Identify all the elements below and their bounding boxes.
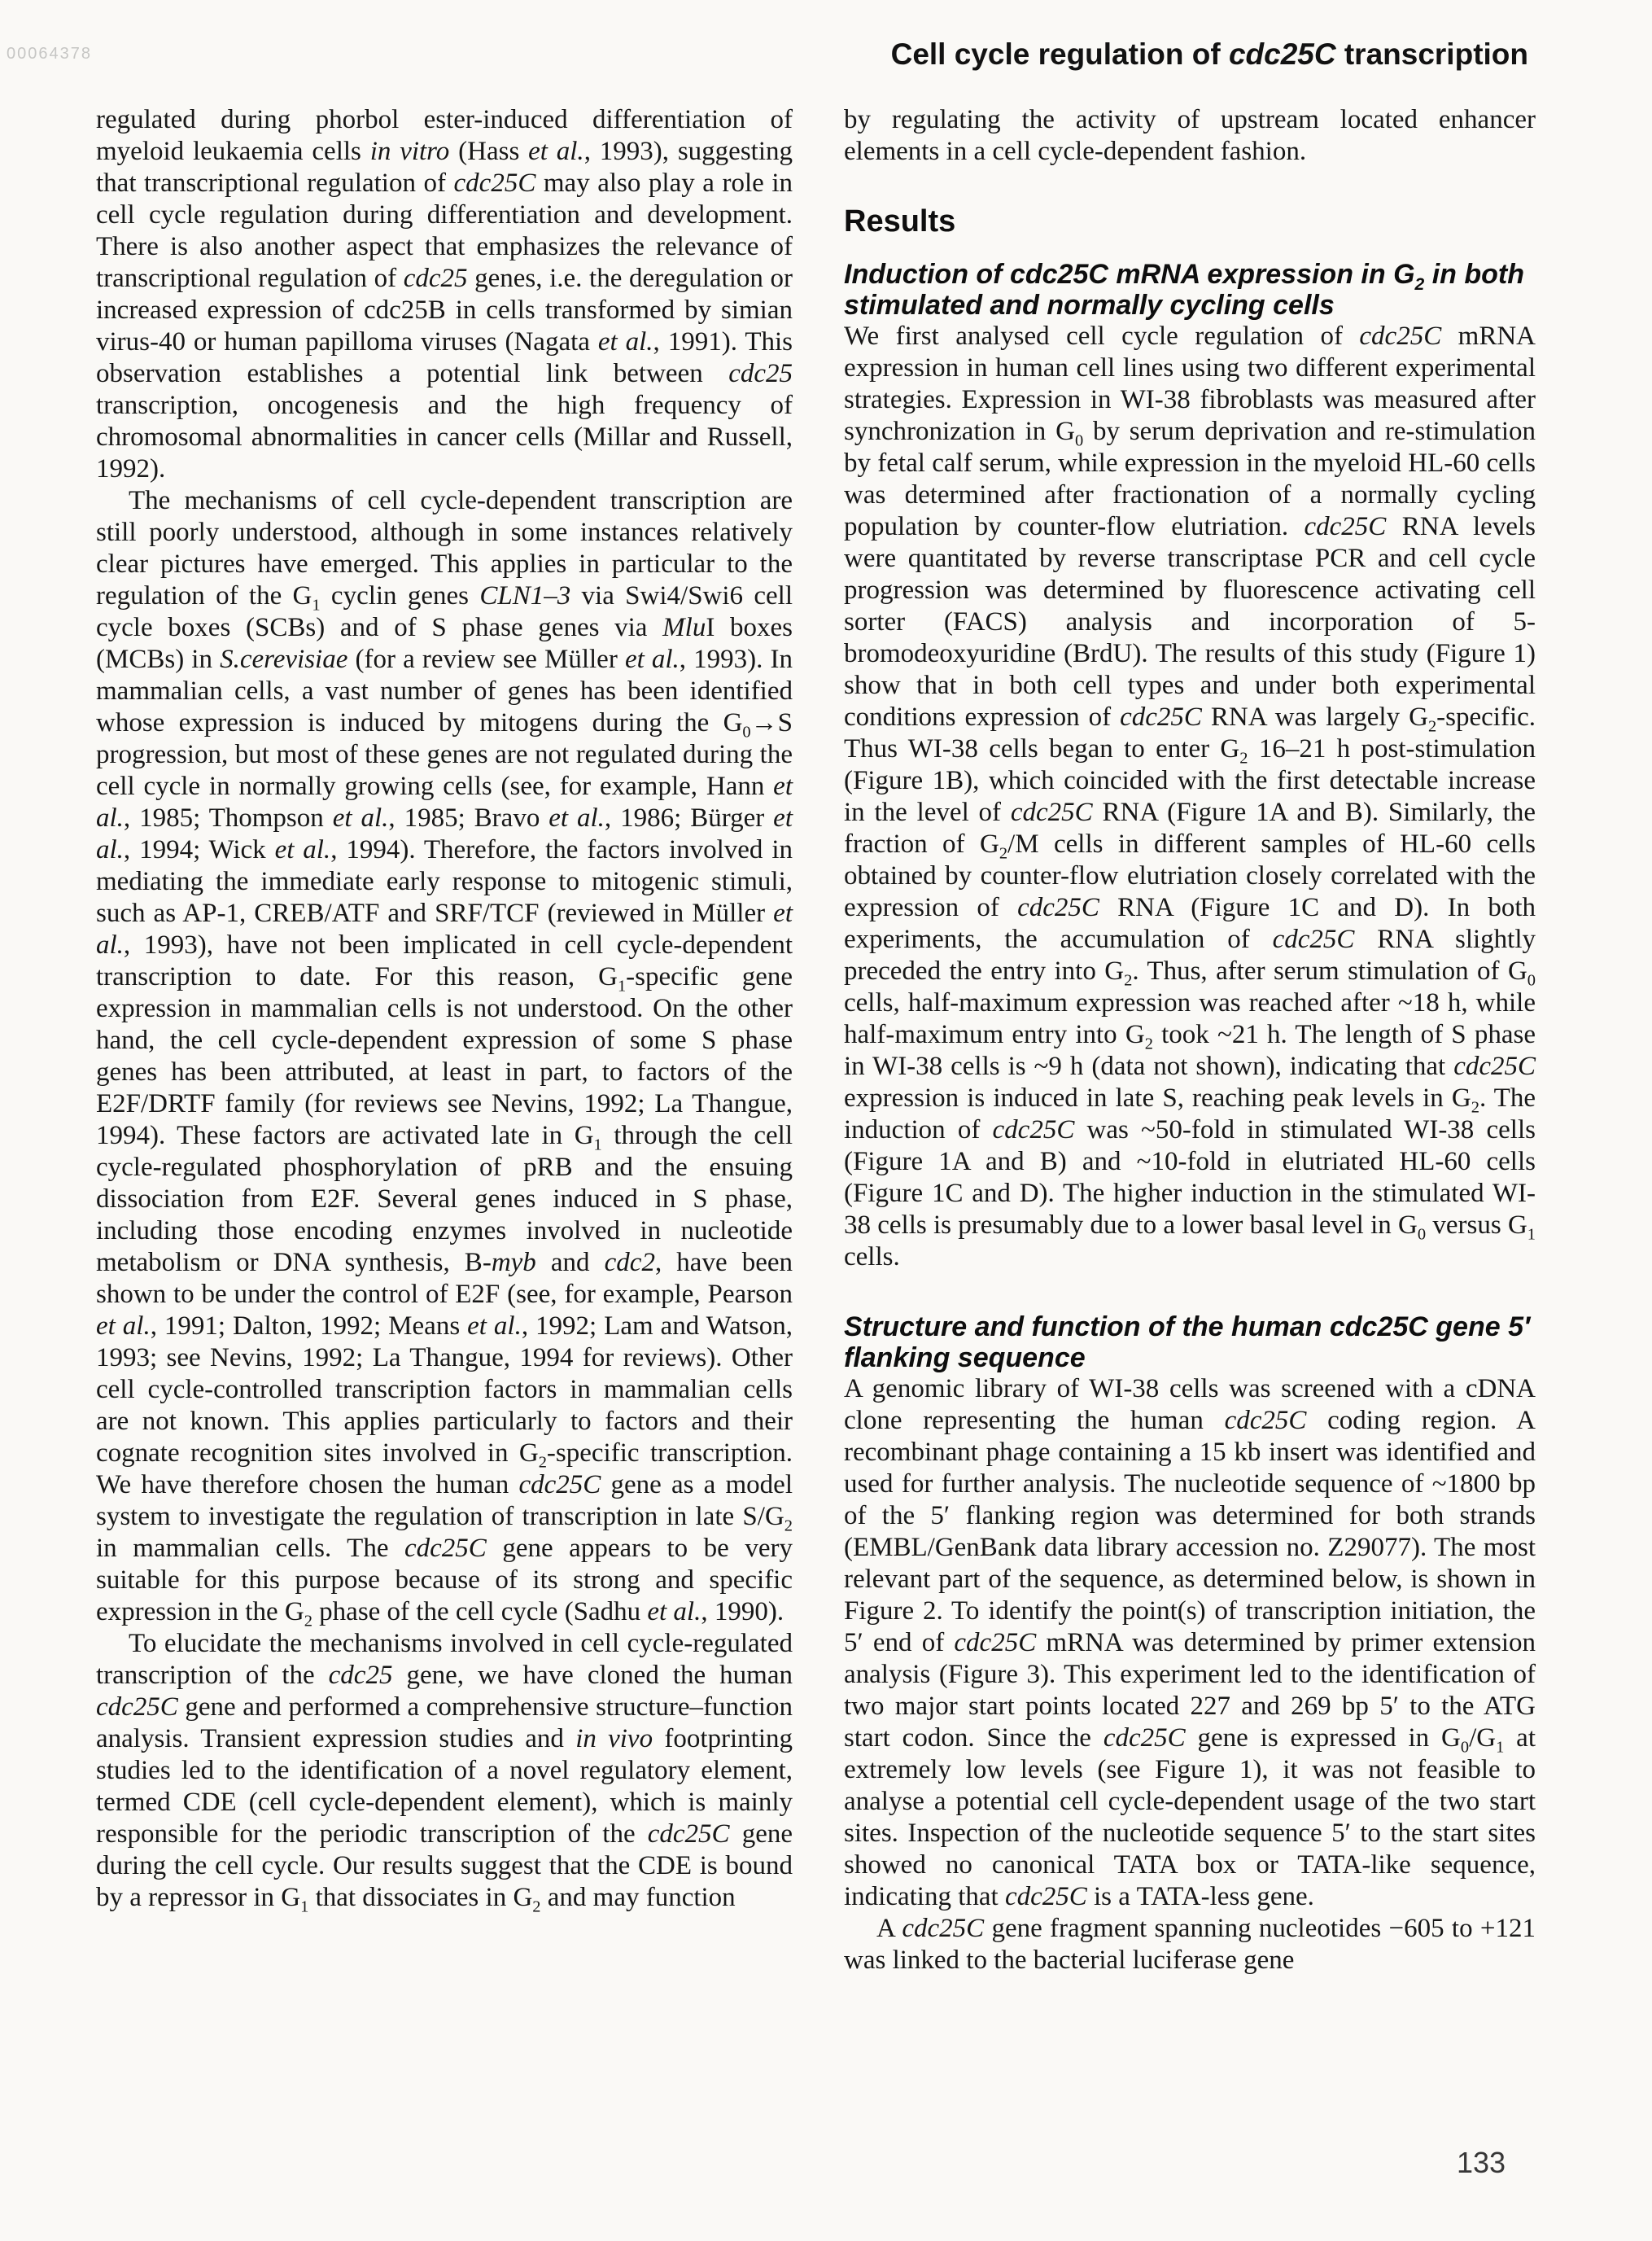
paragraph: To elucidate the mechanisms involved in …: [96, 1628, 793, 1914]
text-run: cdc25: [329, 1661, 393, 1690]
text-run: , 1990).: [701, 1597, 784, 1626]
text-run: by regulating the activity of upstream l…: [844, 105, 1536, 166]
text-run: cdc25: [404, 264, 468, 293]
text-run: cyclin genes: [321, 581, 480, 611]
text-run: versus G: [1426, 1210, 1527, 1240]
paragraph: by regulating the activity of upstream l…: [844, 104, 1536, 168]
text-run: et al.: [625, 645, 680, 674]
text-run: cells.: [844, 1242, 900, 1272]
paragraph: The mechanisms of cell cycle-dependent t…: [96, 485, 793, 1628]
text-run: 2: [1124, 972, 1132, 990]
text-run: 0: [1461, 1739, 1469, 1757]
text-run: cdc25C: [96, 1692, 178, 1722]
text-run: . Thus, after serum stimulation of G: [1132, 956, 1527, 986]
text-run: is a TATA-less gene.: [1087, 1882, 1314, 1911]
page-number: 133: [1457, 2146, 1506, 2180]
text-run: cdc25C: [954, 1628, 1036, 1657]
text-run: 1: [1496, 1739, 1504, 1757]
text-run: Induction of cdc25C mRNA expression in G: [844, 259, 1415, 290]
text-run: 0: [1527, 972, 1536, 990]
text-run: , 1994; Wick: [124, 835, 275, 864]
text-run: transcription, oncogenesis and the high …: [96, 391, 793, 484]
text-run: A: [876, 1914, 902, 1943]
text-run: and may function: [541, 1883, 736, 1912]
text-run: Cell cycle regulation of: [891, 37, 1229, 71]
text-run: , 1986; Bürger: [605, 803, 773, 833]
text-run: (Hass: [449, 137, 528, 166]
text-run: transcription: [1336, 37, 1528, 71]
text-run: , 1985; Bravo: [388, 803, 548, 833]
text-run: cdc25C: [1011, 798, 1093, 827]
right-column: by regulating the activity of upstream l…: [844, 104, 1536, 1976]
text-run: and: [536, 1248, 605, 1277]
text-run: in mammalian cells. The: [96, 1534, 404, 1563]
running-head: Cell cycle regulation of cdc25C transcri…: [891, 37, 1528, 72]
text-run: 2: [539, 1454, 547, 1472]
text-run: phase of the cell cycle (Sadhu: [312, 1597, 647, 1626]
text-run: 0: [1418, 1226, 1426, 1244]
text-run: cdc25C: [1305, 512, 1387, 541]
text-run: 1: [618, 978, 626, 996]
text-run: 1: [594, 1136, 602, 1154]
text-run: S.cerevisiae: [220, 645, 347, 674]
text-run: , 1991; Dalton, 1992; Means: [151, 1311, 467, 1341]
text-run: cdc25C: [993, 1115, 1075, 1145]
text-run: 1: [300, 1898, 308, 1916]
text-run: in vitro: [370, 137, 450, 166]
text-run: gene is expressed in G: [1186, 1723, 1461, 1753]
text-run: in vivo: [575, 1724, 653, 1753]
section-heading: Results: [844, 205, 1536, 238]
text-run: cdc25C: [454, 169, 536, 198]
text-run: et al.: [275, 835, 331, 864]
text-run: et al.: [333, 803, 389, 833]
text-run: et al.: [528, 137, 584, 166]
text-run: cdc25C: [1104, 1723, 1186, 1753]
text-run: RNA was largely G: [1202, 703, 1428, 732]
text-run: (for a review see Müller: [347, 645, 625, 674]
paragraph: A cdc25C gene fragment spanning nucleoti…: [844, 1913, 1536, 1976]
text-run: myb: [492, 1248, 536, 1277]
text-run: cdc25C: [518, 1470, 601, 1499]
text-run: We first analysed cell cycle regulation …: [844, 322, 1359, 351]
text-run: et al.: [647, 1597, 701, 1626]
paragraph: A genomic library of WI-38 cells was scr…: [844, 1373, 1536, 1913]
text-run: cdc25C: [1005, 1882, 1087, 1911]
text-run: cdc25C: [1225, 1406, 1307, 1435]
text-run: 0: [742, 724, 750, 742]
text-run: cdc25C: [1359, 322, 1441, 351]
text-run: cdc2: [605, 1248, 655, 1277]
text-run: 2: [1239, 750, 1248, 768]
text-run: 2: [784, 1517, 793, 1535]
text-run: cdc25C: [1017, 893, 1099, 922]
text-run: Structure and function of the human cdc2…: [844, 1311, 1530, 1373]
text-run: 1: [1527, 1226, 1536, 1244]
text-run: 2: [532, 1898, 540, 1916]
text-run: CLN1–3: [479, 581, 570, 611]
text-run: 1: [312, 597, 320, 615]
subsection-heading: Structure and function of the human cdc2…: [844, 1311, 1536, 1373]
text-run: Mlu: [662, 613, 706, 642]
paragraph: regulated during phorbol ester-induced d…: [96, 104, 793, 485]
text-run: 2: [1415, 275, 1425, 294]
paragraph: We first analysed cell cycle regulation …: [844, 321, 1536, 1273]
text-run: expression is induced in late S, reachin…: [844, 1083, 1471, 1113]
text-run: cdc25C: [404, 1534, 487, 1563]
text-run: 2: [1428, 718, 1436, 736]
text-run: 2: [1471, 1099, 1479, 1117]
text-run: cdc25C: [1229, 37, 1336, 71]
text-run: coding region. A recombinant phage conta…: [844, 1406, 1536, 1657]
text-run: gene, we have cloned the human: [392, 1661, 793, 1690]
text-run: cdc25C: [648, 1819, 730, 1849]
text-run: et al.: [548, 803, 605, 833]
text-run: 2: [1145, 1035, 1153, 1053]
text-run: cdc25C: [1453, 1052, 1536, 1081]
text-run: et al.: [467, 1311, 522, 1341]
text-run: 0: [1075, 432, 1083, 450]
text-run: Results: [844, 204, 955, 239]
text-run: et al.: [96, 1311, 151, 1341]
text-run: cdc25C: [1273, 925, 1355, 954]
text-run: cdc25C: [1120, 703, 1202, 732]
text-run: cdc25C: [902, 1914, 984, 1943]
text-run: , 1985; Thompson: [124, 803, 333, 833]
text-run: RNA levels were quantitated by reverse t…: [844, 512, 1536, 732]
text-run: 2: [999, 845, 1007, 863]
text-run: cdc25: [728, 359, 793, 388]
scanned-journal-page: 00064378 Cell cycle regulation of cdc25C…: [0, 0, 1652, 2241]
subsection-heading: Induction of cdc25C mRNA expression in G…: [844, 259, 1536, 321]
text-run: /G: [1469, 1723, 1496, 1753]
scan-number: 00064378: [7, 45, 92, 63]
text-run: et al.: [598, 327, 653, 357]
left-column: regulated during phorbol ester-induced d…: [96, 104, 793, 1914]
text-run: that dissociates in G: [308, 1883, 532, 1912]
